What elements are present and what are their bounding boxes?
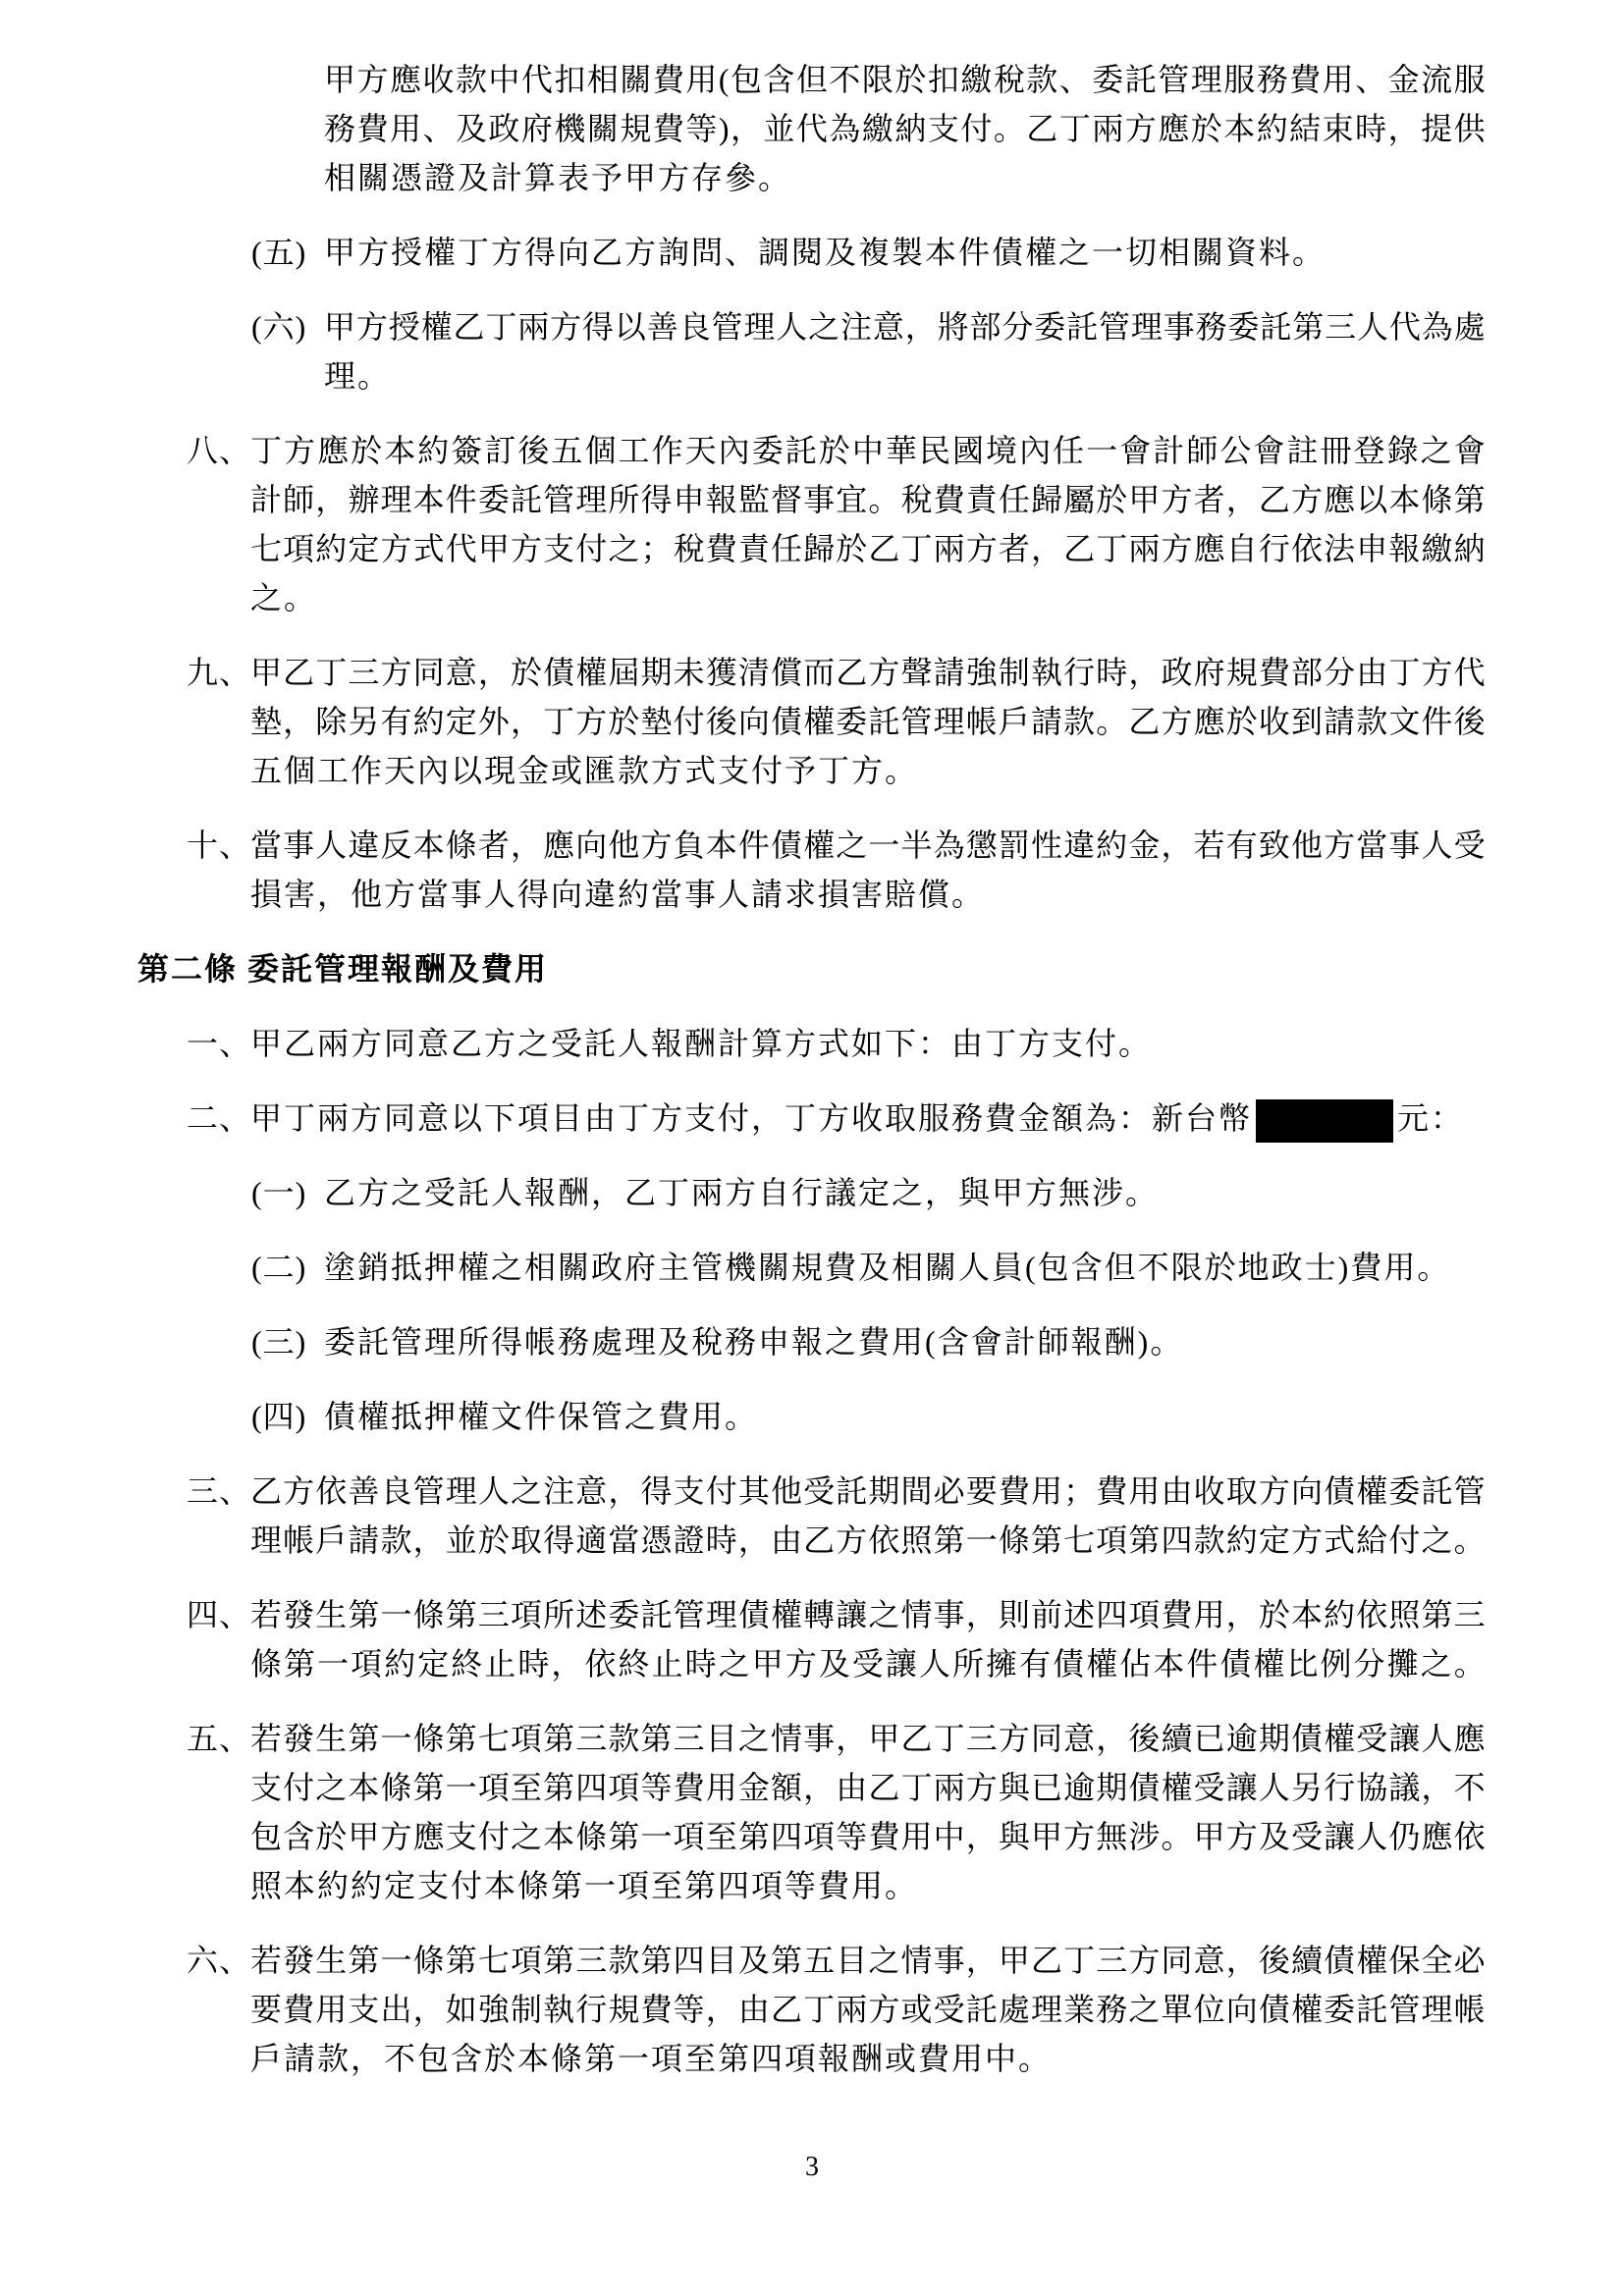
line-text: 照本約約定支付本條第一項至第四項等費用。 [250,1861,918,1910]
text-line: 六、若發生第一條第七項第三款第四目及第五目之情事，甲乙丁三方同意，後續債權保全必 [187,1936,1486,1985]
text-line: (六)甲方授權乙丁兩方得以善良管理人之注意，將部分委託管理事務委託第三人代為處 [251,302,1486,351]
clause-heading-text: 第二條 委託管理報酬及費用 [137,944,1486,993]
text-line: 一、甲乙兩方同意乙方之受託人報酬計算方式如下：由丁方支付。 [187,1019,1486,1068]
text-line: 相關憑證及計算表予甲方存參。 [324,153,1486,202]
line-text: 甲丁兩方同意以下項目由丁方支付，丁方收取服務費金額為：新台幣元： [250,1094,1464,1144]
page-number: 3 [0,2150,1624,2185]
clause2-item-4: 四、若發生第一條第三項所述委託管理債權轉讓之情事，則前述四項費用，於本約依照第三… [0,1590,1624,1688]
line-text: 甲乙兩方同意乙方之受託人報酬計算方式如下：由丁方支付。 [250,1019,1152,1068]
item-marker: 二、 [187,1094,250,1143]
text-line: 五、若發生第一條第七項第三款第三目之情事，甲乙丁三方同意，後續已逾期債權受讓人應 [187,1714,1486,1763]
text-line: 支付之本條第一項至第四項等費用金額，由乙丁兩方與已逾期債權受讓人另行協議，不 [187,1763,1486,1812]
line-text: 要費用支出，如強制執行規費等，由乙丁兩方或受託處理業務之單位向債權委託管理帳 [250,1985,1486,2034]
text-line: 十、當事人違反本條者，應向他方負本件債權之一半為懲罰性違約金，若有致他方當事人受 [187,821,1486,870]
text-line: 務費用、及政府機關規費等)，並代為繳納支付。乙丁兩方應於本約結束時，提供 [324,104,1486,153]
clause2-subitem-3: (三)委託管理所得帳務處理及稅務申報之費用(含會計師報酬)。 [0,1317,1624,1366]
text-line: 理帳戶請款，並於取得適當憑證時，由乙方依照第一條第七項第四款約定方式給付之。 [187,1516,1486,1565]
clause2-item-3: 三、乙方依善良管理人之注意，得支付其他受託期間必要費用；費用由收取方向債權委託管… [0,1467,1624,1565]
line-text: 損害，他方當事人得向違約當事人請求損害賠償。 [250,870,985,919]
clause2-heading: 第二條 委託管理報酬及費用 [0,944,1624,993]
clause2-item-2: 二、甲丁兩方同意以下項目由丁方支付，丁方收取服務費金額為：新台幣元： [0,1094,1624,1143]
item-marker: (三) [251,1317,324,1366]
line-text: 丁方應於本約簽訂後五個工作天內委託於中華民國境內任一會計師公會註冊登錄之會 [250,426,1486,475]
text-line: 五個工作天內以現金或匯款方式支付予丁方。 [187,746,1486,795]
line-text: 若發生第一條第七項第三款第三目之情事，甲乙丁三方同意，後續已逾期債權受讓人應 [250,1714,1486,1763]
clause1-subitem-6: (六)甲方授權乙丁兩方得以善良管理人之注意，將部分委託管理事務委託第三人代為處理… [0,302,1624,400]
text-line: 戶請款，不包含於本條第一項至第四項報酬或費用中。 [187,2034,1486,2083]
item-marker: 一、 [187,1019,250,1068]
clause2-item-1: 一、甲乙兩方同意乙方之受託人報酬計算方式如下：由丁方支付。 [0,1019,1624,1068]
line-text: 甲乙丁三方同意，於債權屆期未獲清償而乙方聲請強制執行時，政府規費部分由丁方代 [250,648,1486,697]
line-text: 甲方授權丁方得向乙方詢問、調閱及複製本件債權之一切相關資料。 [324,228,1326,277]
item-marker: (四) [251,1392,324,1441]
line-text: 計師，辦理本件委託管理所得申報監督事宜。稅費責任歸屬於甲方者，乙方應以本條第 [250,475,1486,524]
line-text: 委託管理所得帳務處理及稅務申報之費用(含會計師報酬)。 [324,1317,1183,1366]
text-line: 三、乙方依善良管理人之注意，得支付其他受託期間必要費用；費用由收取方向債權委託管 [187,1467,1486,1516]
text-line: 要費用支出，如強制執行規費等，由乙丁兩方或受託處理業務之單位向債權委託管理帳 [187,1985,1486,2034]
text-line: (五)甲方授權丁方得向乙方詢問、調閱及複製本件債權之一切相關資料。 [251,228,1486,277]
item-marker: 五、 [187,1714,250,1763]
line-text: 七項約定方式代甲方支付之；稅費責任歸於乙丁兩方者，乙丁兩方應自行依法申報繳納 [250,524,1486,573]
text-line: 七項約定方式代甲方支付之；稅費責任歸於乙丁兩方者，乙丁兩方應自行依法申報繳納 [187,524,1486,573]
line-text: 若發生第一條第七項第三款第四目及第五目之情事，甲乙丁三方同意，後續債權保全必 [250,1936,1486,1985]
clause2-subitem-1: (一)乙方之受託人報酬，乙丁兩方自行議定之，與甲方無涉。 [0,1168,1624,1217]
redaction-box [1256,1099,1393,1143]
line-text: 乙方之受託人報酬，乙丁兩方自行議定之，與甲方無涉。 [324,1168,1159,1217]
clause1-item-10: 十、當事人違反本條者，應向他方負本件債權之一半為懲罰性違約金，若有致他方當事人受… [0,821,1624,919]
item-marker: 八、 [187,426,250,475]
clause2-subitem-2: (二)塗銷抵押權之相關政府主管機關規費及相關人員(包含但不限於地政士)費用。 [0,1243,1624,1292]
text-line: 損害，他方當事人得向違約當事人請求損害賠償。 [187,870,1486,919]
clause2-subitem-4: (四)債權抵押權文件保管之費用。 [0,1392,1624,1441]
line-text: 甲方授權乙丁兩方得以善良管理人之注意，將部分委託管理事務委託第三人代為處 [324,302,1486,351]
text-line: 甲方應收款中代扣相關費用(包含但不限於扣繳稅款、委託管理服務費用、金流服 [324,55,1486,104]
line-text: 乙方依善良管理人之注意，得支付其他受託期間必要費用；費用由收取方向債權委託管 [250,1467,1486,1516]
clause2-item-6: 六、若發生第一條第七項第三款第四目及第五目之情事，甲乙丁三方同意，後續債權保全必… [0,1936,1624,2083]
item-marker: (二) [251,1243,324,1292]
clause1-item-9: 九、甲乙丁三方同意，於債權屆期未獲清償而乙方聲請強制執行時，政府規費部分由丁方代… [0,648,1624,795]
text-line: (四)債權抵押權文件保管之費用。 [251,1392,1486,1441]
line-text: 包含於甲方應支付之本條第一項至第四項等費用中，與甲方無涉。甲方及受讓人仍應依 [250,1812,1486,1861]
text-line: 二、甲丁兩方同意以下項目由丁方支付，丁方收取服務費金額為：新台幣元： [187,1094,1486,1143]
text-line: 之。 [187,573,1486,622]
text-line: 包含於甲方應支付之本條第一項至第四項等費用中，與甲方無涉。甲方及受讓人仍應依 [187,1812,1486,1861]
line-text: 墊，除另有約定外，丁方於墊付後向債權委託管理帳戶請款。乙方應於收到請款文件後 [250,697,1486,746]
document-page: 甲方應收款中代扣相關費用(包含但不限於扣繳稅款、委託管理服務費用、金流服務費用、… [0,0,1624,2296]
clause1-item-8: 八、丁方應於本約簽訂後五個工作天內委託於中華民國境內任一會計師公會註冊登錄之會計… [0,426,1624,622]
item-marker: 六、 [187,1936,250,1985]
line-text: 條第一項約定終止時，依終止時之甲方及受讓人所擁有債權佔本件債權比例分攤之。 [250,1639,1486,1688]
line-text: 之。 [250,573,317,622]
text-line: 照本約約定支付本條第一項至第四項等費用。 [187,1861,1486,1910]
text-line: (二)塗銷抵押權之相關政府主管機關規費及相關人員(包含但不限於地政士)費用。 [251,1243,1486,1292]
clause1-item7-continuation: 甲方應收款中代扣相關費用(包含但不限於扣繳稅款、委託管理服務費用、金流服務費用、… [0,55,1624,202]
line-text: 務費用、及政府機關規費等)，並代為繳納支付。乙丁兩方應於本約結束時，提供 [324,104,1486,153]
item-marker: 十、 [187,821,250,870]
text-line: (三)委託管理所得帳務處理及稅務申報之費用(含會計師報酬)。 [251,1317,1486,1366]
item-marker: (一) [251,1168,324,1217]
clause2-item-5: 五、若發生第一條第七項第三款第三目之情事，甲乙丁三方同意，後續已逾期債權受讓人應… [0,1714,1624,1910]
line-text: 塗銷抵押權之相關政府主管機關規費及相關人員(包含但不限於地政士)費用。 [324,1243,1450,1292]
item-marker: 九、 [187,648,250,697]
line-text: 當事人違反本條者，應向他方負本件債權之一半為懲罰性違約金，若有致他方當事人受 [250,821,1486,870]
item-marker: 四、 [187,1590,250,1639]
text-line: 八、丁方應於本約簽訂後五個工作天內委託於中華民國境內任一會計師公會註冊登錄之會 [187,426,1486,475]
text-line: 計師，辦理本件委託管理所得申報監督事宜。稅費責任歸屬於甲方者，乙方應以本條第 [187,475,1486,524]
line-text: 五個工作天內以現金或匯款方式支付予丁方。 [250,746,918,795]
line-text: 理帳戶請款，並於取得適當憑證時，由乙方依照第一條第七項第四款約定方式給付之。 [250,1516,1486,1565]
item-marker: (五) [251,228,324,277]
line-text: 若發生第一條第三項所述委託管理債權轉讓之情事，則前述四項費用，於本約依照第三 [250,1590,1486,1639]
line-text: 相關憑證及計算表予甲方存參。 [324,153,791,202]
line-text: 債權抵押權文件保管之費用。 [324,1392,758,1441]
text-line: 條第一項約定終止時，依終止時之甲方及受讓人所擁有債權佔本件債權比例分攤之。 [187,1639,1486,1688]
text-line: (一)乙方之受託人報酬，乙丁兩方自行議定之，與甲方無涉。 [251,1168,1486,1217]
line-text: 支付之本條第一項至第四項等費用金額，由乙丁兩方與已逾期債權受讓人另行協議，不 [250,1763,1486,1812]
text-line: 四、若發生第一條第三項所述委託管理債權轉讓之情事，則前述四項費用，於本約依照第三 [187,1590,1486,1639]
text-line: 理。 [251,351,1486,400]
text-line: 墊，除另有約定外，丁方於墊付後向債權委託管理帳戶請款。乙方應於收到請款文件後 [187,697,1486,746]
item-marker: (六) [251,302,324,351]
line-text: 理。 [324,351,391,400]
document-content: 甲方應收款中代扣相關費用(包含但不限於扣繳稅款、委託管理服務費用、金流服務費用、… [0,0,1624,2109]
text-line: 九、甲乙丁三方同意，於債權屆期未獲清償而乙方聲請強制執行時，政府規費部分由丁方代 [187,648,1486,697]
line-text: 戶請款，不包含於本條第一項至第四項報酬或費用中。 [250,2034,1052,2083]
clause1-subitem-5: (五)甲方授權丁方得向乙方詢問、調閱及複製本件債權之一切相關資料。 [0,228,1624,277]
item-marker: 三、 [187,1467,250,1516]
line-text: 甲方應收款中代扣相關費用(包含但不限於扣繳稅款、委託管理服務費用、金流服 [324,55,1486,104]
